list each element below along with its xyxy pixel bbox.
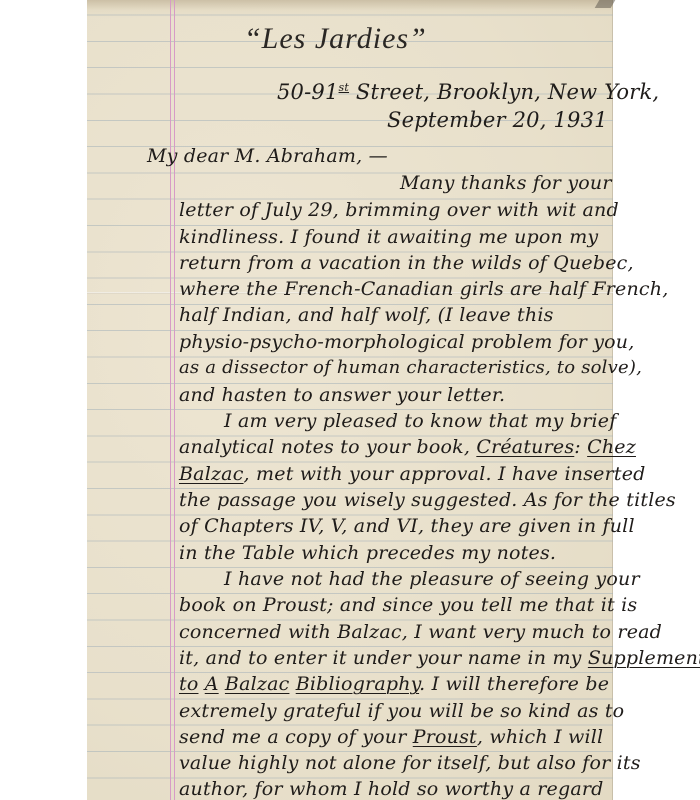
body-line-11: analytical notes to your book, Créatures… xyxy=(179,436,636,458)
body-line-2: letter of July 29, brimming over with wi… xyxy=(179,199,619,221)
body-line-3: kindliness. I found it awaiting me upon … xyxy=(179,226,598,248)
letter-heading: “Les Jardies” xyxy=(244,22,427,56)
body-line-21: extremely grateful if you will be so kin… xyxy=(179,700,624,722)
body-line-24: author, for whom I hold so worthy a rega… xyxy=(179,778,604,800)
margin-line xyxy=(170,0,175,800)
body-line-6: half Indian, and half wolf, (I leave thi… xyxy=(179,304,554,326)
body-line-22: send me a copy of your Proust, which I w… xyxy=(179,726,603,748)
body-line-16: I have not had the pleasure of seeing yo… xyxy=(224,568,640,590)
body-line-8: as a dissector of human characteristics,… xyxy=(179,357,642,378)
body-line-5: where the French-Canadian girls are half… xyxy=(179,278,668,300)
body-line-9: and hasten to answer your letter. xyxy=(179,384,505,406)
book-title-chez: Chez xyxy=(587,436,636,458)
body-line-23: value highly not alone for itself, but a… xyxy=(179,752,641,774)
body-line-10: I am very pleased to know that my brief xyxy=(224,410,616,432)
book-title-proust: Proust xyxy=(413,726,477,748)
body-line-18: concerned with Balzac, I want very much … xyxy=(179,621,662,643)
address-line: 50-91st Street, Brooklyn, New York, xyxy=(277,80,659,104)
letter-date: September 20, 1931 xyxy=(387,108,608,132)
letter-page: “Les Jardies” 50-91st Street, Brooklyn, … xyxy=(87,0,613,800)
body-line-12: Balzac, met with your approval. I have i… xyxy=(179,463,646,485)
body-line-4: return from a vacation in the wilds of Q… xyxy=(179,252,634,274)
body-line-17: book on Proust; and since you tell me th… xyxy=(179,594,637,616)
body-line-20: to A Balzac Bibliography. I will therefo… xyxy=(179,673,609,695)
body-line-14: of Chapters IV, V, and VI, they are give… xyxy=(179,515,635,537)
body-line-13: the passage you wisely suggested. As for… xyxy=(179,489,676,511)
body-line-7: physio-psycho-morphological problem for … xyxy=(179,331,635,353)
book-title-creatures: Créatures xyxy=(476,436,574,458)
body-line-15: in the Table which precedes my notes. xyxy=(179,542,556,564)
body-line-19: it, and to enter it under your name in m… xyxy=(179,647,700,669)
body-line-1: Many thanks for your xyxy=(400,172,612,194)
salutation: My dear M. Abraham, — xyxy=(147,145,388,167)
book-title-balzac: Balzac xyxy=(179,463,244,485)
book-title-supplement: Supplement xyxy=(588,647,700,669)
book-title-bibliography: Bibliography xyxy=(296,673,419,695)
